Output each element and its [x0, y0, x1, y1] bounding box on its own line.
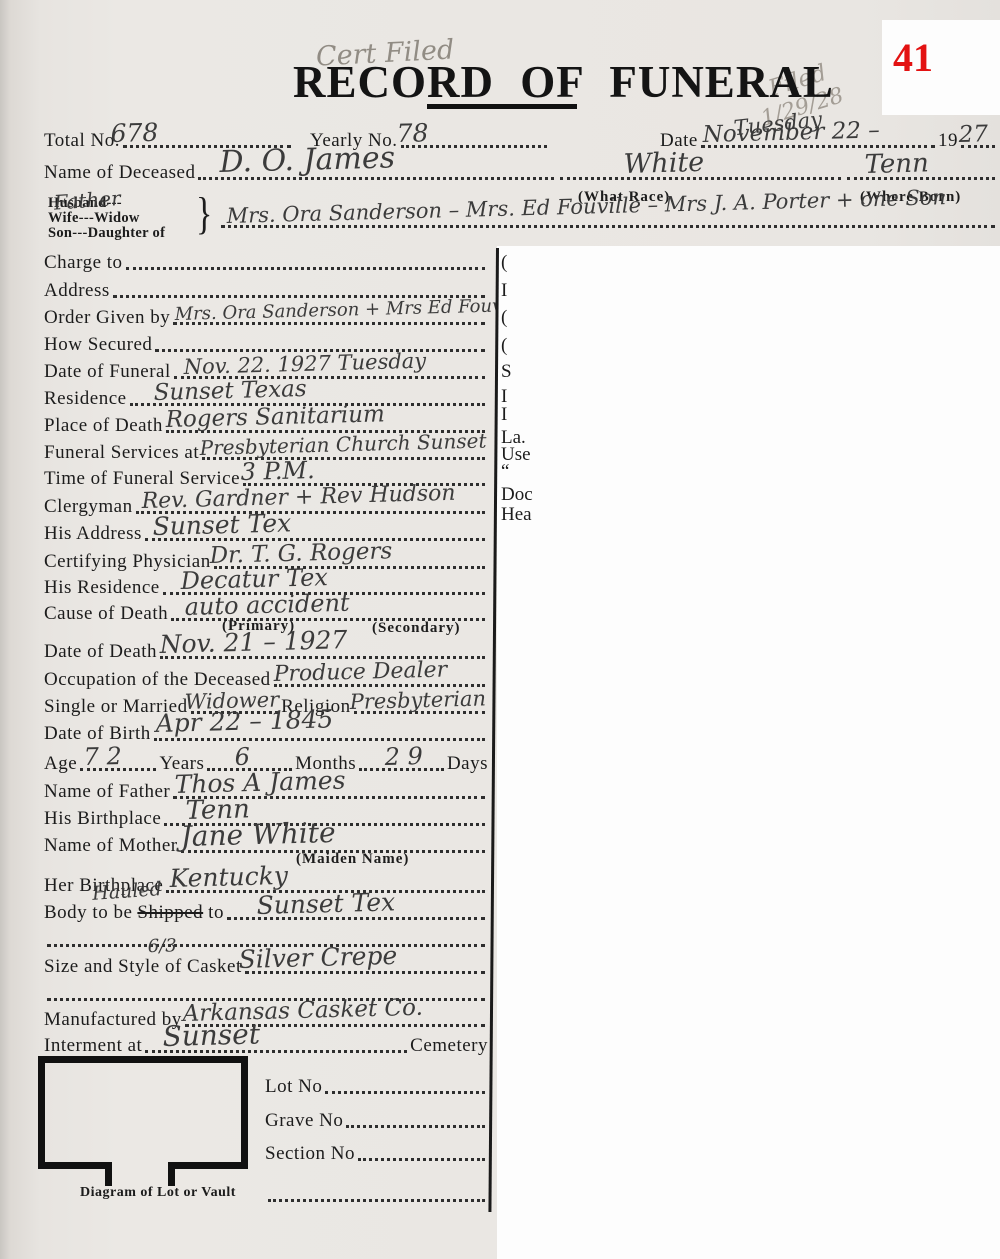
dotted-line: 7 2	[80, 768, 156, 771]
field-label: Charge to	[44, 252, 123, 274]
right-column-fragment: I	[501, 404, 507, 426]
page-number: 41	[893, 34, 933, 81]
right-column-fragment: (	[501, 307, 507, 329]
handwritten-birth-state: Tenn	[864, 148, 929, 180]
field-relation-of: Mrs. Ora Sanderson – Mrs. Ed Fouville – …	[218, 206, 998, 232]
field-label: Order Given by	[44, 307, 170, 329]
field-size-style-of-casket: Size and Style of Casket Silver Crepe	[44, 952, 488, 978]
handwritten-value: 678	[110, 118, 158, 148]
handwritten-value: Sunset	[162, 1017, 260, 1053]
right-column-fragment: I	[501, 280, 507, 302]
field-name-of-deceased: Name of Deceased D. O. James White Tenn	[44, 158, 998, 184]
handwritten-months: 6	[235, 743, 251, 771]
year-printed-prefix: 19	[938, 130, 958, 152]
field-label: His Residence	[44, 577, 160, 599]
dotted-line: 78	[401, 145, 547, 148]
handwritten-value: 3 P.M.	[240, 456, 315, 486]
field-body-to-be-shipped: Body to be Shipped to Sunset Tex	[44, 898, 488, 924]
right-column-fragment: Doc	[501, 484, 533, 506]
dotted-line	[268, 1199, 485, 1202]
field-label: How Secured	[44, 334, 152, 356]
dotted-line	[358, 1158, 485, 1161]
handwritten-value: auto accident	[184, 589, 350, 621]
field-label: Address	[44, 280, 110, 302]
handwritten-value: Nov. 22. 1927 Tuesday	[183, 349, 426, 379]
field-label-post: to	[208, 902, 224, 924]
dotted-spacer-row	[265, 1180, 488, 1206]
diagram-right-stub	[168, 1162, 175, 1186]
right-column-fragment: S	[501, 361, 512, 383]
days-label: Days	[447, 753, 488, 775]
diagram-left-edge	[38, 1056, 45, 1169]
handwritten-year: 27	[958, 121, 988, 148]
handwritten-value: Sunset Texas	[153, 376, 307, 406]
field-label: Section No	[265, 1143, 355, 1165]
field-label: Name of Deceased	[44, 162, 195, 184]
dotted-line: Mrs. Ora Sanderson + Mrs Ed Fouville	[173, 322, 485, 325]
diagram-top-edge	[38, 1056, 248, 1063]
field-label: His Birthplace	[44, 808, 161, 830]
relation-brace: }	[196, 189, 212, 240]
field-label: Residence	[44, 388, 127, 410]
field-charge-to: Charge to	[44, 248, 488, 274]
field-label: Date of Funeral	[44, 361, 171, 383]
field-label: Name of Mother	[44, 835, 178, 857]
handwritten-value: Sunset Tex	[152, 508, 291, 541]
title-underline	[427, 104, 577, 109]
field-manufactured-by: Manufactured by Arkansas Casket Co.	[44, 1005, 488, 1031]
diagram-caption: Diagram of Lot or Vault	[80, 1185, 236, 1201]
dotted-line	[325, 1091, 485, 1094]
handwritten-religion: Presbyterian	[349, 686, 486, 714]
dotted-line: D. O. James	[198, 177, 553, 180]
handwritten-race: White	[623, 147, 704, 180]
dotted-line: Apr 22 – 1845	[154, 738, 485, 741]
field-section-no: Section No	[265, 1139, 488, 1165]
field-label: Size and Style of Casket	[44, 956, 242, 978]
handwritten-value: Apr 22 – 1845	[155, 704, 333, 738]
diagram-left-stub	[105, 1162, 112, 1186]
dotted-line: Tenn	[847, 177, 995, 180]
field-label: Grave No	[265, 1110, 343, 1132]
field-label-pre: Body to be	[44, 902, 132, 924]
field-label: His Address	[44, 523, 142, 545]
caption-maiden-name: (Maiden Name)	[296, 851, 409, 868]
field-label: Clergyman	[44, 496, 133, 518]
field-label: Age	[44, 753, 77, 775]
dotted-line: 27	[961, 145, 995, 148]
dotted-line: Mrs. Ora Sanderson – Mrs. Ed Fouville – …	[221, 225, 995, 228]
field-label: Name of Father	[44, 781, 170, 803]
field-name-of-father: Name of Father Thos A James	[44, 777, 488, 803]
whiteout-right-column	[497, 246, 1000, 1259]
field-name-of-mother: Name of Mother Jane White	[44, 831, 488, 857]
page-title: RECORD OF FUNERAL	[293, 56, 834, 108]
right-column-fragment: “	[501, 461, 509, 483]
field-lot-no: Lot No	[265, 1072, 488, 1098]
field-grave-no: Grave No	[265, 1106, 488, 1132]
field-label: Date of Death	[44, 641, 157, 663]
field-date: Date November 22 – 19 27	[660, 126, 998, 152]
handwritten-days: 2 9	[384, 742, 423, 771]
funeral-record-document: 41 Cert Filed Filed 1/29/28 RECORD OF FU…	[0, 0, 1000, 1259]
cemetery-suffix: Cemetery	[410, 1035, 488, 1057]
handwritten-value: Jane White	[180, 816, 336, 853]
field-label: Interment at	[44, 1035, 142, 1057]
handwritten-value: Silver Crepe	[238, 941, 397, 974]
diagram-bottom-left-edge	[38, 1162, 112, 1169]
field-order-given-by: Order Given by Mrs. Ora Sanderson + Mrs …	[44, 303, 488, 329]
diagram-bottom-right-edge	[168, 1162, 248, 1169]
dotted-line: Sunset Tex	[227, 917, 485, 920]
field-label: Lot No	[265, 1076, 322, 1098]
dotted-line	[126, 267, 485, 270]
right-column-fragment: (	[501, 252, 507, 274]
right-column-fragment: Hea	[501, 504, 532, 526]
field-label: Funeral Services at	[44, 442, 199, 464]
handwritten-years: 7 2	[83, 742, 122, 771]
dotted-line: Sunset	[145, 1050, 407, 1053]
dotted-line: 2 9	[359, 768, 444, 771]
handwritten-value: Kentucky	[170, 861, 289, 893]
dotted-line	[346, 1125, 485, 1128]
handwritten-value: Sunset Tex	[256, 887, 395, 920]
field-label-struck: Shipped	[137, 902, 203, 924]
diagram-right-edge	[241, 1056, 248, 1169]
handwritten-name: D. O. James	[220, 140, 396, 180]
handwritten-value: Rogers Sanitarium	[165, 401, 385, 433]
field-label: Place of Death	[44, 415, 163, 437]
dotted-line: Silver Crepe	[245, 971, 485, 974]
dotted-line: Presbyterian	[354, 711, 485, 714]
handwritten-value: Thos A James	[174, 766, 346, 799]
field-interment-at: Interment at Sunset Cemetery	[44, 1031, 488, 1057]
right-column-fragment: (	[501, 335, 507, 357]
caption-secondary: (Secondary)	[372, 620, 461, 637]
handwritten-value: 78	[396, 118, 429, 148]
field-label: Total No.	[44, 130, 120, 152]
handwritten-value: Nov. 21 – 1927	[159, 625, 348, 659]
handwritten-value: Produce Dealer	[273, 657, 447, 687]
field-label: Cause of Death	[44, 603, 168, 625]
